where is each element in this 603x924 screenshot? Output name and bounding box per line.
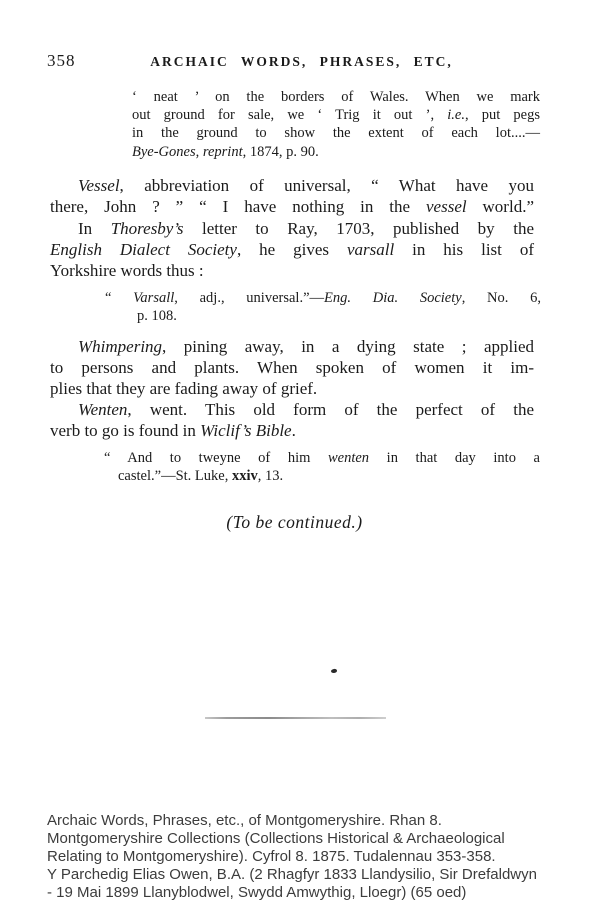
divider-line — [205, 717, 386, 719]
text-segment: “ And to tweyne of him — [104, 450, 328, 466]
ink-speck — [331, 668, 338, 673]
to-be-continued-note: (To be continued.) — [0, 512, 589, 533]
text-segment: Whimpering — [78, 337, 162, 356]
text-segment: , abbreviation of universal, “ What have… — [120, 176, 534, 195]
text-segment: wenten — [328, 450, 369, 466]
text-line: Archaic Words, Phrases, etc., of Montgom… — [47, 812, 592, 830]
text-line: to persons and plants. When spoken of wo… — [50, 357, 534, 378]
text-segment: , No. 6, — [462, 290, 541, 306]
text-line: p. 108. — [105, 307, 541, 325]
text-segment: Bye-Gones — [132, 144, 196, 160]
text-segment: , adj., universal.”— — [174, 290, 324, 306]
text-segment: world.” — [467, 197, 534, 216]
text-line: Whimpering, pining away, in a dying stat… — [50, 336, 534, 357]
text-line: castel.”—St. Luke, xxiv, 13. — [104, 467, 540, 485]
text-segment: , 13. — [258, 468, 283, 484]
text-segment: ‘ neat ’ on the borders of Wales. When w… — [132, 89, 540, 105]
text-segment: vessel — [426, 197, 467, 216]
text-segment: out ground for sale, we ‘ Trig it out ’, — [132, 107, 447, 123]
paragraph-whimpering: Whimpering, pining away, in a dying stat… — [50, 336, 534, 399]
citation-caption: Archaic Words, Phrases, etc., of Montgom… — [47, 812, 592, 902]
text-line: verb to go is found in Wiclif’s Bible. — [50, 420, 534, 441]
text-line: English Dialect Society, he gives varsal… — [50, 239, 534, 260]
text-segment: Varsall — [133, 290, 174, 306]
text-line: Bye-Gones, reprint, 1874, p. 90. — [132, 143, 540, 161]
text-segment: , — [196, 144, 203, 160]
text-segment: p. 108. — [137, 308, 177, 324]
text-line: “ And to tweyne of him wenten in that da… — [104, 449, 540, 467]
scanned-book-page: 358 ARCHAIC WORDS, PHRASES, ETC, ‘ neat … — [0, 0, 603, 924]
text-segment: Vessel — [78, 176, 120, 195]
text-line: ‘ neat ’ on the borders of Wales. When w… — [132, 88, 540, 106]
quote-varsall: “ Varsall, adj., universal.”—Eng. Dia. S… — [105, 289, 541, 325]
text-segment: reprint — [203, 144, 243, 160]
text-segment: castel.”—St. Luke, — [118, 468, 232, 484]
text-segment: there, John ? ” “ I have nothing in the — [50, 197, 426, 216]
text-segment: Wiclif’s Bible — [200, 421, 291, 440]
text-segment: Wenten — [78, 400, 127, 419]
text-line: “ Varsall, adj., universal.”—Eng. Dia. S… — [105, 289, 541, 307]
paragraph-thoresby: In Thoresby’s letter to Ray, 1703, publi… — [50, 218, 534, 281]
running-title: ARCHAIC WORDS, PHRASES, ETC, — [0, 54, 603, 70]
text-line: there, John ? ” “ I have nothing in the … — [50, 196, 534, 217]
text-line: In Thoresby’s letter to Ray, 1703, publi… — [50, 218, 534, 239]
text-segment: , 1874, p. 90. — [243, 144, 319, 160]
text-line: out ground for sale, we ‘ Trig it out ’,… — [132, 106, 540, 124]
text-segment: i.e. — [447, 107, 465, 123]
text-segment: varsall — [347, 240, 394, 259]
text-segment: , put pegs — [465, 107, 540, 123]
text-segment: . — [292, 421, 296, 440]
paragraph-wenten: Wenten, went. This old form of the perfe… — [50, 399, 534, 441]
text-segment: , went. This old form of the perfect of … — [127, 400, 534, 419]
text-segment: Yorkshire words thus : — [50, 261, 204, 280]
text-segment: , pining away, in a dying state ; applie… — [162, 337, 534, 356]
text-segment: , he gives — [237, 240, 347, 259]
text-segment: “ — [105, 290, 133, 306]
text-line: Yorkshire words thus : — [50, 260, 534, 281]
text-segment: plies that they are fading away of grief… — [50, 379, 317, 398]
text-segment: English Dialect Society — [50, 240, 237, 259]
quote-neat-bye-gones: ‘ neat ’ on the borders of Wales. When w… — [132, 88, 540, 161]
text-segment: In — [78, 219, 111, 238]
paragraph-vessel: Vessel, abbreviation of universal, “ Wha… — [50, 175, 534, 217]
text-line: Y Parchedig Elias Owen, B.A. (2 Rhagfyr … — [47, 866, 592, 884]
text-segment: letter to Ray, 1703, published by the — [183, 219, 534, 238]
text-line: Relating to Montgomeryshire). Cyfrol 8. … — [47, 848, 592, 866]
text-line: Montgomeryshire Collections (Collections… — [47, 830, 592, 848]
text-segment: in his list of — [394, 240, 534, 259]
text-segment: to persons and plants. When spoken of wo… — [50, 358, 534, 377]
quote-wenten-st-luke: “ And to tweyne of him wenten in that da… — [104, 449, 540, 485]
text-line: in the ground to show the extent of each… — [132, 124, 540, 142]
text-segment: in that day into a — [369, 450, 540, 466]
text-line: plies that they are fading away of grief… — [50, 378, 534, 399]
text-segment: Thoresby’s — [111, 219, 184, 238]
text-line: - 19 Mai 1899 Llanyblodwel, Swydd Amwyth… — [47, 884, 592, 902]
text-segment: verb to go is found in — [50, 421, 200, 440]
text-line: Vessel, abbreviation of universal, “ Wha… — [50, 175, 534, 196]
text-segment: xxiv — [232, 468, 258, 484]
text-segment: in the ground to show the extent of each… — [132, 125, 540, 141]
text-segment: Eng. Dia. Society — [324, 290, 462, 306]
text-line: Wenten, went. This old form of the perfe… — [50, 399, 534, 420]
